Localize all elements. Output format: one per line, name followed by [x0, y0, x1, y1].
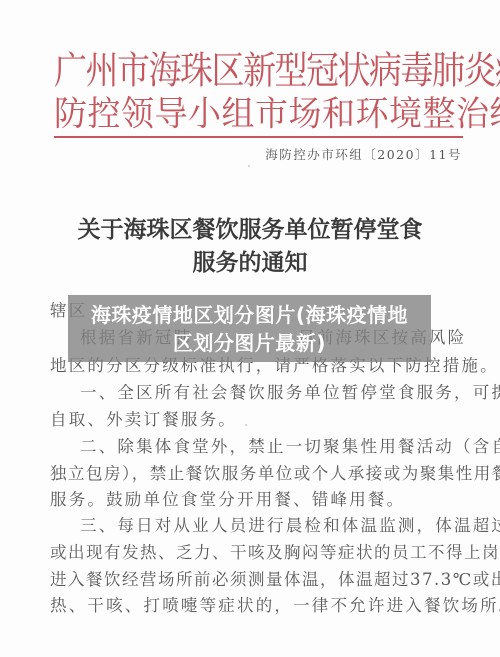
issuing-org-line-1: 广州市海珠区新型冠状病毒肺炎疫情: [54, 48, 464, 94]
document-page: 广州市海珠区新型冠状病毒肺炎疫情 防控领导小组市场和环境整治组 海防控办市环组〔…: [0, 0, 500, 657]
body-line: 进入餐饮经营场所前必须测量体温，体温超过37.3℃或出现有发: [50, 569, 462, 591]
scan-speck: [248, 165, 250, 167]
scan-speck: [245, 424, 247, 426]
caption-line-2: 区划分图片最新): [173, 329, 326, 357]
body-line: 热、干咳、打喷嚏等症状的，一律不允许进入餐饮场所。: [50, 595, 462, 617]
measure-2-line: 二、除集体食堂外，禁止一切聚集性用餐活动（含自办宴席，: [80, 436, 462, 458]
notice-title-line-2: 服务的通知: [0, 248, 500, 278]
issuing-org-line-2: 防控领导小组市场和环境整治组: [54, 93, 464, 135]
measure-1-line: 一、全区所有社会餐饮服务单位暂停堂食服务，可提供到店: [80, 382, 462, 404]
body-line: 独立包房），禁止餐饮服务单位或个人承接或为聚集性用餐提供: [50, 463, 462, 485]
body-line: 服务。鼓励单位食堂分开用餐、错峰用餐。: [50, 489, 462, 511]
document-number: 海防控办市环组〔2020〕11号: [265, 145, 462, 163]
caption-overlay: 海珠疫情地区划分图片(海珠疫情地 区划分图片最新): [68, 295, 431, 362]
measure-3-line: 三、每日对从业人员进行晨检和体温监测，体温超过37.3℃: [80, 515, 462, 537]
body-line: 自取、外卖订餐服务。: [50, 409, 462, 431]
notice-title-line-1: 关于海珠区餐饮服务单位暂停堂食: [0, 215, 500, 245]
caption-line-1: 海珠疫情地区划分图片(海珠疫情地: [91, 301, 408, 329]
body-line: 或出现有发热、乏力、干咳及胸闷等症状的员工不得上岗。顾客: [50, 542, 462, 564]
red-header-rule: [54, 136, 463, 138]
